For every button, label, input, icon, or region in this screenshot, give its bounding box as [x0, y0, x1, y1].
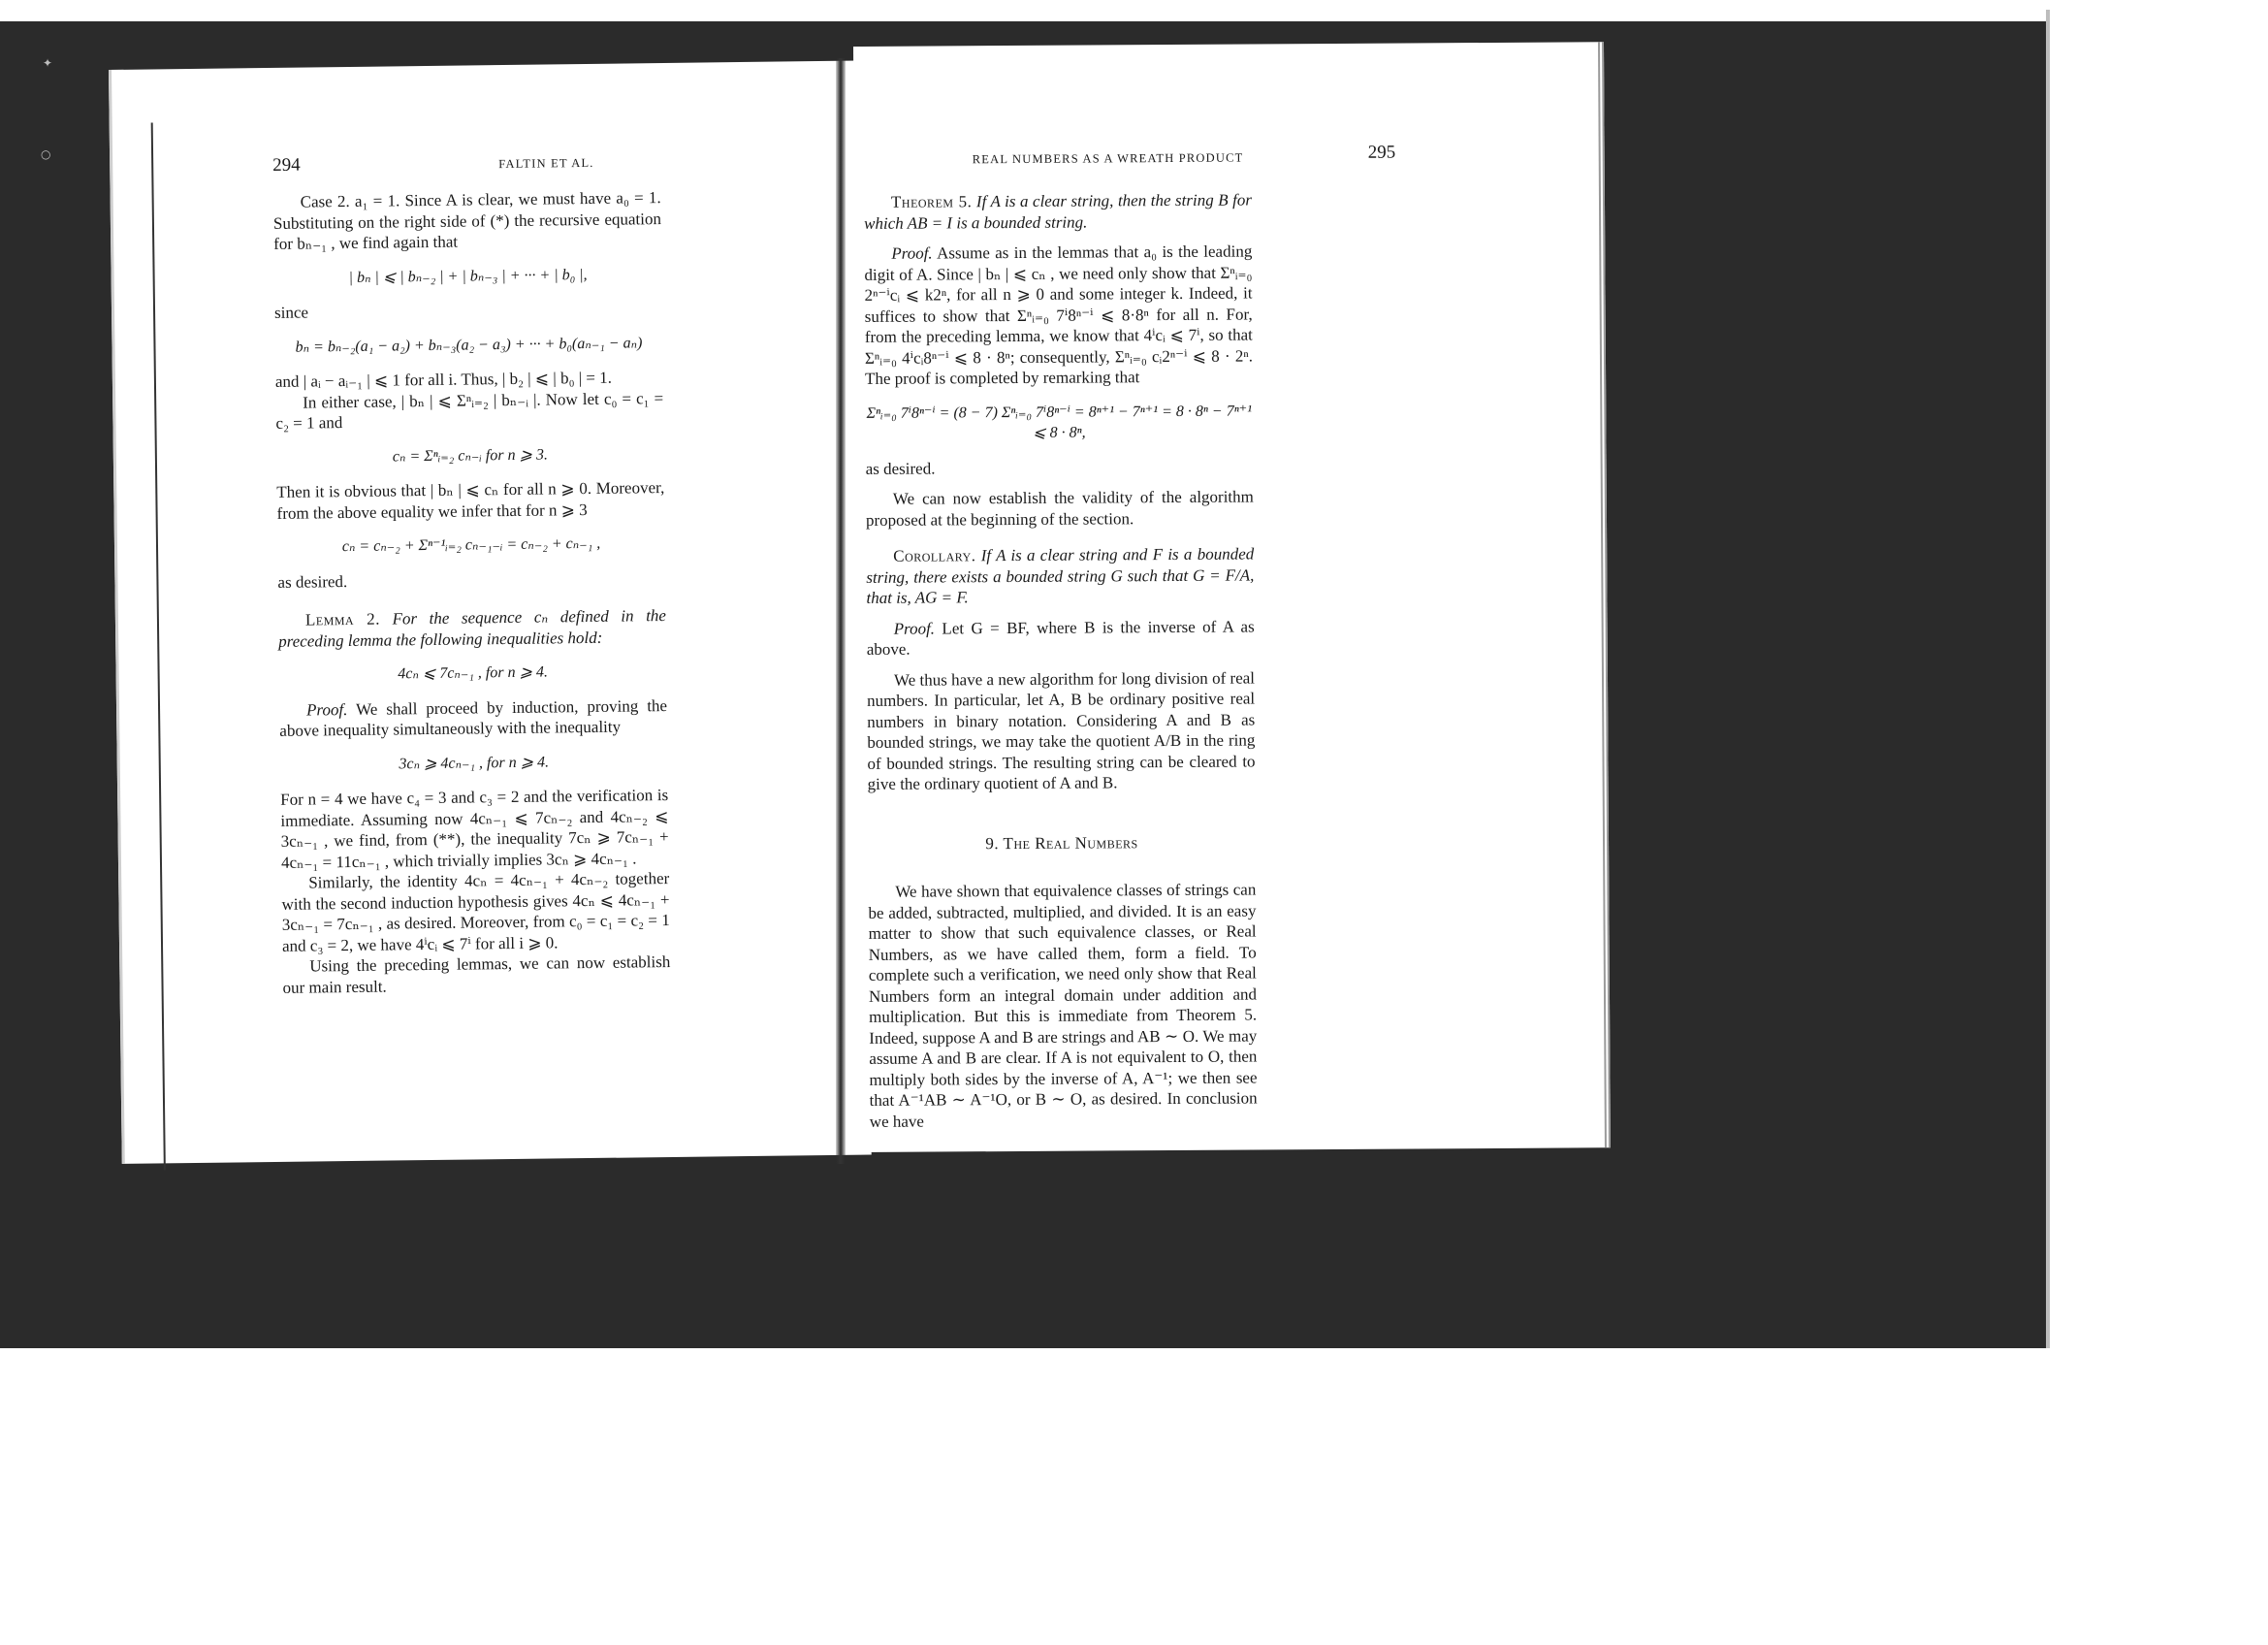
paragraph: We thus have a new algorithm for long di… [867, 667, 1256, 794]
book-gutter [836, 58, 846, 1164]
proof-label: Proof. [894, 619, 935, 637]
proof: Proof. Let G = BF, where B is the invers… [867, 616, 1255, 660]
paragraph: For n = 4 we have c₄ = 3 and c₃ = 2 and … [280, 785, 669, 873]
proof-text: Assume as in the lemmas that a₀ is the l… [864, 242, 1253, 387]
theorem-label: Theorem 5. [891, 192, 972, 211]
equation: cₙ = cₙ₋₂ + Σⁿ⁻¹ᵢ₌₂ cₙ₋₁₋ᵢ = cₙ₋₂ + cₙ₋₁… [277, 532, 665, 558]
page-number: 295 [1368, 143, 1396, 164]
equation: bₙ = bₙ₋₂(a₁ − a₂) + bₙ₋₃(a₂ − a₃) + ···… [274, 333, 662, 358]
right-page-body: Theorem 5. If A is a clear string, then … [864, 189, 1258, 1131]
equation: cₙ = Σⁿᵢ₌₂ cₙ₋ᵢ for n ⩾ 3. [276, 443, 664, 468]
paragraph: since [274, 298, 662, 323]
page-number: 294 [272, 155, 301, 177]
running-head: REAL NUMBERS AS A WREATH PRODUCT [973, 151, 1244, 168]
scan-speck: ✦ [43, 56, 52, 70]
theorem-5: Theorem 5. If A is a clear string, then … [864, 189, 1252, 233]
paragraph: Using the preceding lemmas, we can now e… [282, 952, 670, 998]
corollary-label: Corollary. [893, 546, 975, 565]
paragraph: We have shown that equivalence classes o… [868, 879, 1258, 1131]
paragraph: as desired. [866, 456, 1254, 479]
proof: Proof. We shall proceed by induction, pr… [279, 695, 667, 742]
lemma-2: Lemma 2. For the sequence cₙ defined in … [278, 605, 666, 652]
equation: | bₙ | ⩽ | bₙ₋₂ | + | bₙ₋₃ | + ··· + | b… [274, 264, 662, 289]
paragraph: Similarly, the identity 4cₙ = 4cₙ₋₁ + 4c… [281, 868, 670, 956]
equation: 3cₙ ⩾ 4cₙ₋₁ , for n ⩾ 4. [280, 751, 668, 776]
equation: 4cₙ ⩽ 7cₙ₋₁ , for n ⩾ 4. [279, 661, 667, 686]
paragraph: Then it is obvious that | bₙ | ⩽ cₙ for … [276, 477, 664, 524]
scan-hole-mark: ○ [41, 147, 50, 161]
paragraph: as desired. [277, 567, 665, 593]
scanner-edge [2046, 10, 2050, 1348]
corollary: Corollary. If A is a clear string and F … [866, 543, 1254, 608]
proof-label: Proof. [306, 700, 348, 720]
equation: Σⁿᵢ₌₀ 7ⁱ8ⁿ⁻ⁱ = (8 − 7) Σⁿᵢ₌₀ 7ⁱ8ⁿ⁻ⁱ = 8ⁿ… [865, 401, 1253, 444]
running-head: FALTIN ET AL. [498, 156, 594, 172]
paragraph: We can now establish the validity of the… [866, 486, 1254, 530]
proof-label: Proof. [891, 244, 932, 263]
right-page: REAL NUMBERS AS A WREATH PRODUCT 295 The… [853, 42, 1611, 1152]
left-page: 294 FALTIN ET AL. Case 2. a₁ = 1. Since … [109, 61, 872, 1164]
section-heading: 9. The Real Numbers [868, 831, 1256, 855]
proof: Proof. Assume as in the lemmas that a₀ i… [864, 241, 1253, 389]
page-margin-rule [151, 122, 166, 1170]
paragraph: Case 2. a₁ = 1. Since A is clear, we mus… [273, 187, 662, 254]
left-page-body: Case 2. a₁ = 1. Since A is clear, we mus… [273, 187, 671, 998]
lemma-label: Lemma 2. [305, 610, 380, 629]
paragraph: In either case, | bₙ | ⩽ Σⁿᵢ₌₂ | bₙ₋ᵢ |.… [275, 388, 663, 435]
